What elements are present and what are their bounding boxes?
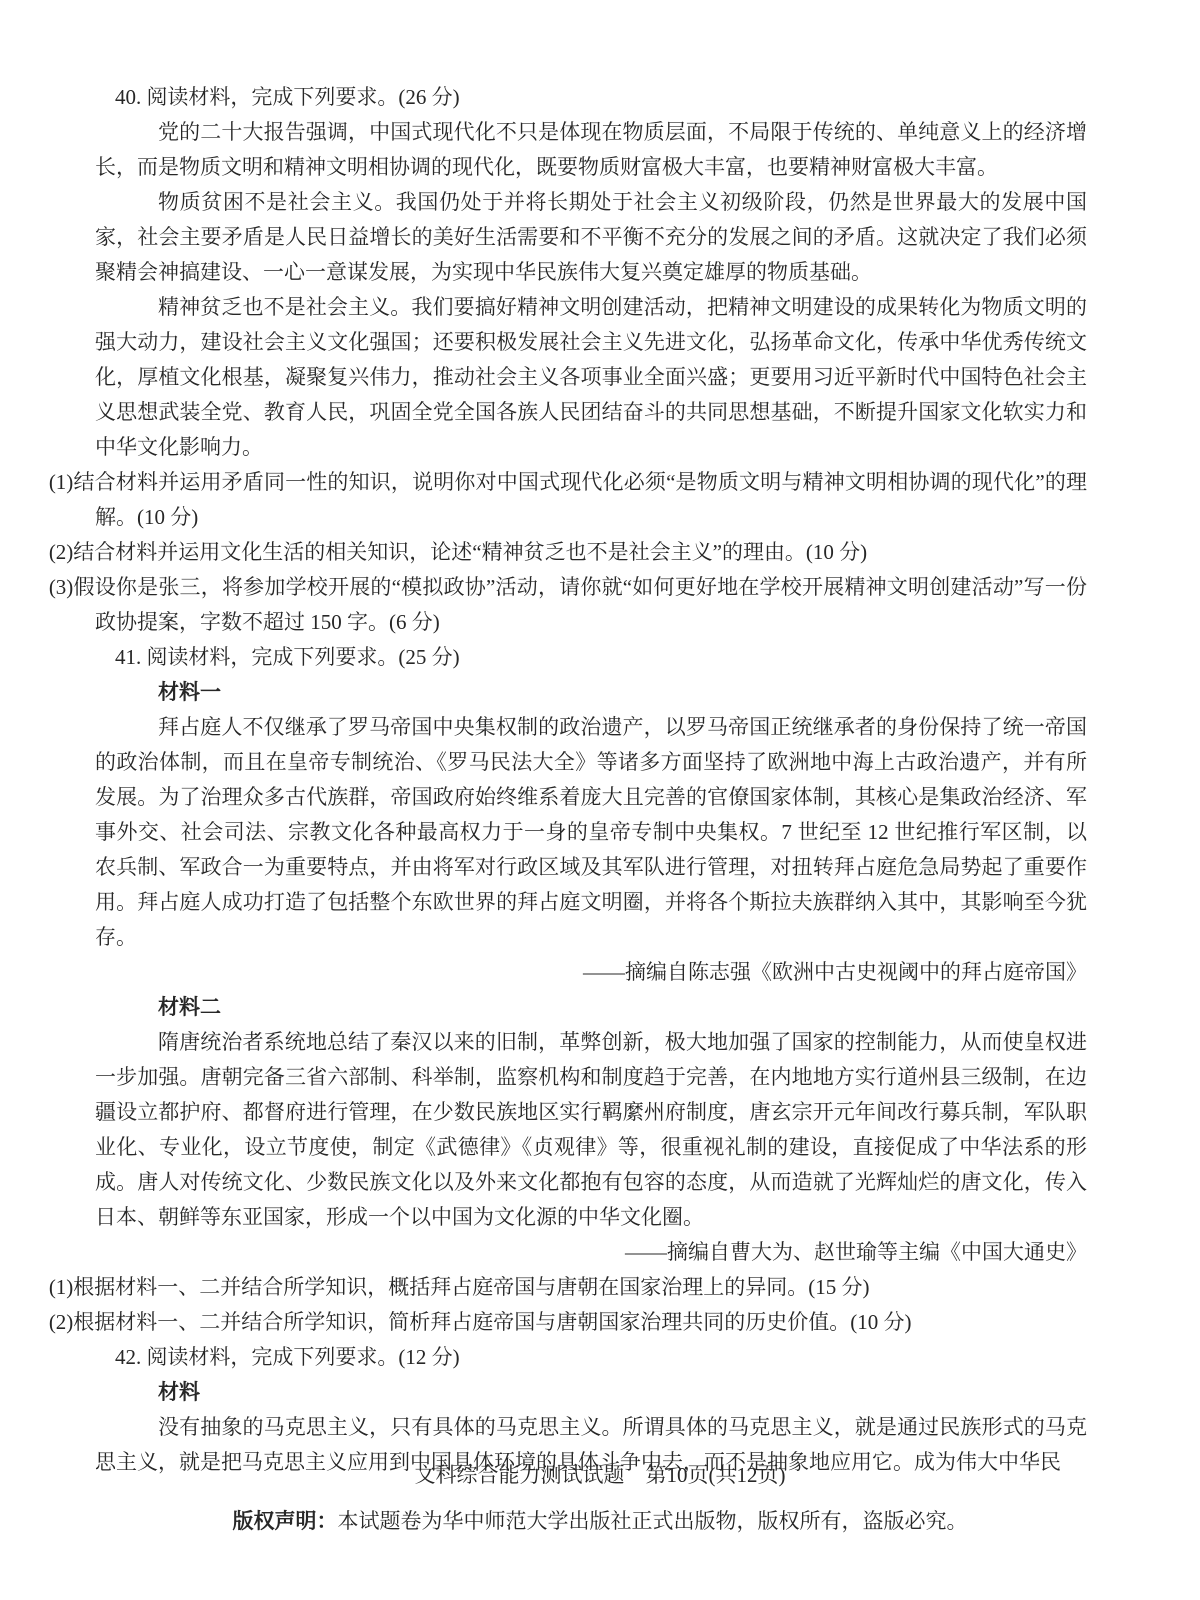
question-41: 41. 阅读材料，完成下列要求。(25 分) 材料一 拜占庭人不仅继承了罗马帝国… (95, 640, 1087, 1340)
question-40-paragraph-1: 党的二十大报告强调，中国式现代化不只是体现在物质层面，不局限于传统的、单纯意义上… (95, 115, 1087, 185)
question-41-subquestion-2: (2)根据材料一、二并结合所学知识，简析拜占庭帝国与唐朝国家治理共同的历史价值。… (95, 1305, 1087, 1340)
question-40-subquestion-2: (2)结合材料并运用文化生活的相关知识，论述“精神贫乏也不是社会主义”的理由。(… (95, 535, 1087, 570)
question-41-header: 41. 阅读材料，完成下列要求。(25 分) (95, 640, 1087, 675)
copyright-notice: 版权声明：本试题卷为华中师范大学出版社正式出版物，版权所有，盗版必究。 (0, 1506, 1200, 1537)
exam-page-content: 40. 阅读材料，完成下列要求。(26 分) 党的二十大报告强调，中国式现代化不… (95, 80, 1087, 1480)
material-2-attribution: ——摘编自曹大为、赵世瑜等主编《中国大通史》 (95, 1235, 1087, 1270)
question-40-subquestion-1: (1)结合材料并运用矛盾同一性的知识，说明你对中国式现代化必须“是物质文明与精神… (95, 465, 1087, 535)
copyright-text: 本试题卷为华中师范大学出版社正式出版物，版权所有，盗版必究。 (338, 1509, 968, 1533)
question-40-header: 40. 阅读材料，完成下列要求。(26 分) (95, 80, 1087, 115)
question-40-paragraph-3: 精神贫乏也不是社会主义。我们要搞好精神文明创建活动，把精神文明建设的成果转化为物… (95, 290, 1087, 465)
question-41-subquestion-1: (1)根据材料一、二并结合所学知识，概括拜占庭帝国与唐朝在国家治理上的异同。(1… (95, 1270, 1087, 1305)
question-42: 42. 阅读材料，完成下列要求。(12 分) 材料 没有抽象的马克思主义，只有具… (95, 1340, 1087, 1480)
question-40-paragraph-2: 物质贫困不是社会主义。我国仍处于并将长期处于社会主义初级阶段，仍然是世界最大的发… (95, 185, 1087, 290)
question-40: 40. 阅读材料，完成下列要求。(26 分) 党的二十大报告强调，中国式现代化不… (95, 80, 1087, 640)
question-40-subquestion-3: (3)假设你是张三，将参加学校开展的“模拟政协”活动，请你就“如何更好地在学校开… (95, 570, 1087, 640)
material-2-text: 隋唐统治者系统地总结了秦汉以来的旧制，革弊创新，极大地加强了国家的控制能力，从而… (95, 1025, 1087, 1235)
question-42-header: 42. 阅读材料，完成下列要求。(12 分) (95, 1340, 1087, 1375)
page-footer: 文科综合能力测试试题 第10页(共12页) (0, 1460, 1200, 1490)
copyright-label: 版权声明： (233, 1510, 338, 1533)
material-1-label: 材料一 (95, 675, 1087, 710)
material-1-text: 拜占庭人不仅继承了罗马帝国中央集权制的政治遗产，以罗马帝国正统继承者的身份保持了… (95, 710, 1087, 955)
material-2-label: 材料二 (95, 990, 1087, 1025)
material-1-attribution: ——摘编自陈志强《欧洲中古史视阈中的拜占庭帝国》 (95, 955, 1087, 990)
material-label: 材料 (95, 1375, 1087, 1410)
